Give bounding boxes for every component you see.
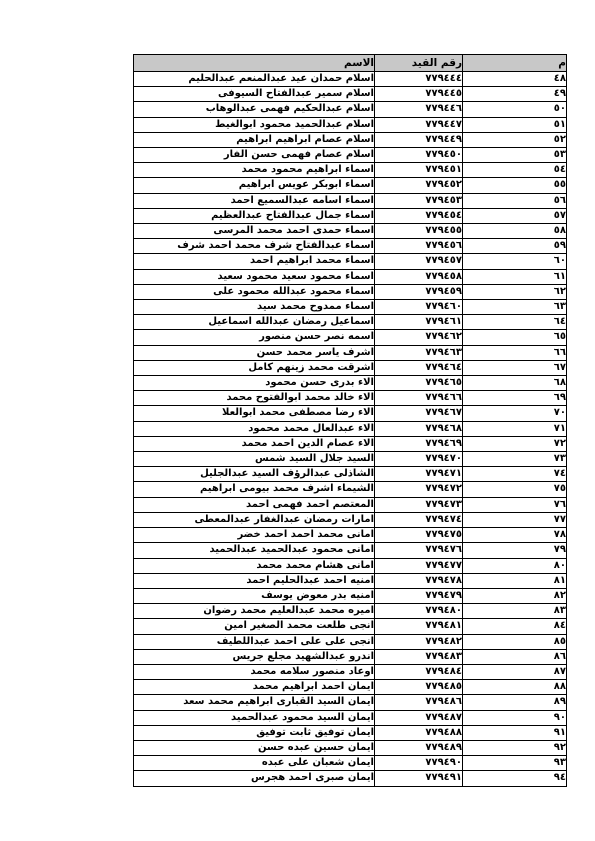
table-row: ٩٢٧٧٩٤٨٩ايمان حسين عبده حسن — [134, 740, 567, 755]
registration-cell: ٧٧٩٤٦٦ — [375, 391, 463, 406]
registration-cell: ٧٧٩٤٥٩ — [375, 284, 463, 299]
registration-cell: ٧٧٩٤٧٠ — [375, 452, 463, 467]
table-row: ٨٧٧٧٩٤٨٤اوعاد منصور سلامه محمد — [134, 664, 567, 679]
registration-cell: ٧٧٩٤٨٤ — [375, 664, 463, 679]
serial-cell: ٦٩ — [463, 391, 567, 406]
table-row: ٦٦٧٧٩٤٦٣اشرف ياسر محمد حسن — [134, 345, 567, 360]
serial-cell: ٧١ — [463, 421, 567, 436]
name-cell: الاء خالد محمد ابوالفتوح محمد — [134, 391, 375, 406]
serial-cell: ٦٨ — [463, 376, 567, 391]
registration-cell: ٧٧٩٤٤٥ — [375, 87, 463, 102]
table-row: ٧٨٧٧٩٤٧٥امانى محمد احمد احمد خضر — [134, 528, 567, 543]
name-cell: اوعاد منصور سلامه محمد — [134, 664, 375, 679]
header-student-name: الاسم — [134, 55, 375, 72]
registration-cell: ٧٧٩٤٧٩ — [375, 588, 463, 603]
table-body: ٤٨٧٧٩٤٤٤اسلام حمدان عيد عبدالمنعم عبدالح… — [134, 72, 567, 787]
name-cell: اسماء محمد ابراهيم احمد — [134, 254, 375, 269]
registration-cell: ٧٧٩٤٧٨ — [375, 573, 463, 588]
serial-cell: ٨٤ — [463, 619, 567, 634]
student-roster-table-container: م رقم القيد الاسم ٤٨٧٧٩٤٤٤اسلام حمدان عي… — [133, 54, 567, 787]
table-row: ٧٥٧٧٩٤٧٢الشيماء اشرف محمد بيومى ابراهيم — [134, 482, 567, 497]
table-row: ٨٣٧٧٩٤٨٠اميره محمد عبدالعليم محمد رضوان — [134, 604, 567, 619]
header-registration-number: رقم القيد — [375, 55, 463, 72]
serial-cell: ٨٥ — [463, 634, 567, 649]
registration-cell: ٧٧٩٤٥٣ — [375, 193, 463, 208]
name-cell: انجى طلعت محمد الصغير امين — [134, 619, 375, 634]
student-roster-table: م رقم القيد الاسم ٤٨٧٧٩٤٤٤اسلام حمدان عي… — [133, 54, 567, 787]
name-cell: اسلام سمير عبدالفتاح السيوفى — [134, 87, 375, 102]
name-cell: ايمان توفيق ثابت توفيق — [134, 725, 375, 740]
serial-cell: ٦٥ — [463, 330, 567, 345]
name-cell: اسلام عصام فهمى حسن الفار — [134, 148, 375, 163]
registration-cell: ٧٧٩٤٦٠ — [375, 300, 463, 315]
registration-cell: ٧٧٩٤٨٢ — [375, 634, 463, 649]
serial-cell: ٩٤ — [463, 771, 567, 786]
serial-cell: ٦٢ — [463, 284, 567, 299]
serial-cell: ٨٨ — [463, 680, 567, 695]
serial-cell: ٦٣ — [463, 300, 567, 315]
registration-cell: ٧٧٩٤٦٣ — [375, 345, 463, 360]
registration-cell: ٧٧٩٤٦٤ — [375, 360, 463, 375]
serial-cell: ٧٢ — [463, 436, 567, 451]
registration-cell: ٧٧٩٤٤٤ — [375, 72, 463, 87]
serial-cell: ٥٠ — [463, 102, 567, 117]
registration-cell: ٧٧٩٤٨٩ — [375, 740, 463, 755]
serial-cell: ٨١ — [463, 573, 567, 588]
registration-cell: ٧٧٩٤٨٥ — [375, 680, 463, 695]
table-row: ٦١٧٧٩٤٥٨اسماء محمود سعيد محمود سعيد — [134, 269, 567, 284]
serial-cell: ٥٥ — [463, 178, 567, 193]
name-cell: اسماء عبدالفتاح شرف محمد احمد شرف — [134, 239, 375, 254]
name-cell: اسلام عبدالحكيم فهمى عبدالوهاب — [134, 102, 375, 117]
registration-cell: ٧٧٩٤٧٧ — [375, 558, 463, 573]
name-cell: اسماء محمود عبدالله محمود على — [134, 284, 375, 299]
registration-cell: ٧٧٩٤٤٦ — [375, 102, 463, 117]
serial-cell: ٥١ — [463, 117, 567, 132]
registration-cell: ٧٧٩٤٦٧ — [375, 406, 463, 421]
name-cell: اسماء ابراهيم محمود محمد — [134, 163, 375, 178]
registration-cell: ٧٧٩٤٥١ — [375, 163, 463, 178]
name-cell: الاء رضا مصطفى محمد ابوالعلا — [134, 406, 375, 421]
name-cell: امانى محمود عبدالحميد عبدالحميد — [134, 543, 375, 558]
name-cell: ايمان شعبان على عبده — [134, 756, 375, 771]
serial-cell: ٧٣ — [463, 452, 567, 467]
name-cell: اميره محمد عبدالعليم محمد رضوان — [134, 604, 375, 619]
name-cell: امنيه بدر معوض يوسف — [134, 588, 375, 603]
table-row: ٦٨٧٧٩٤٦٥الاء بدرى حسن محمود — [134, 376, 567, 391]
serial-cell: ٧٦ — [463, 497, 567, 512]
registration-cell: ٧٧٩٤٦٨ — [375, 421, 463, 436]
name-cell: اشرقت محمد زينهم كامل — [134, 360, 375, 375]
name-cell: ايمان السيد محمود عبدالحميد — [134, 710, 375, 725]
serial-cell: ٦١ — [463, 269, 567, 284]
registration-cell: ٧٧٩٤٨٦ — [375, 695, 463, 710]
name-cell: امارات رمضان عبدالغفار عبدالمعطى — [134, 512, 375, 527]
table-header-row: م رقم القيد الاسم — [134, 55, 567, 72]
table-row: ٧٣٧٧٩٤٧٠السيد جلال السيد شمس — [134, 452, 567, 467]
table-row: ٦٣٧٧٩٤٦٠اسماء ممدوح محمد سيد — [134, 300, 567, 315]
registration-cell: ٧٧٩٤٥٤ — [375, 208, 463, 223]
table-row: ٨٤٧٧٩٤٨١انجى طلعت محمد الصغير امين — [134, 619, 567, 634]
registration-cell: ٧٧٩٤٥٦ — [375, 239, 463, 254]
registration-cell: ٧٧٩٤٧٤ — [375, 512, 463, 527]
registration-cell: ٧٧٩٤٤٧ — [375, 117, 463, 132]
serial-cell: ٥٩ — [463, 239, 567, 254]
serial-cell: ٩٢ — [463, 740, 567, 755]
name-cell: امانى هشام محمد محمد — [134, 558, 375, 573]
table-row: ٨١٧٧٩٤٧٨امنيه احمد عبدالحليم احمد — [134, 573, 567, 588]
table-row: ٥٢٧٧٩٤٤٩اسلام عصام ابراهيم ابراهيم — [134, 132, 567, 147]
serial-cell: ٨٧ — [463, 664, 567, 679]
table-row: ٧٠٧٧٩٤٦٧الاء رضا مصطفى محمد ابوالعلا — [134, 406, 567, 421]
table-row: ٤٩٧٧٩٤٤٥اسلام سمير عبدالفتاح السيوفى — [134, 87, 567, 102]
registration-cell: ٧٧٩٤٨٣ — [375, 649, 463, 664]
serial-cell: ٧٩ — [463, 543, 567, 558]
table-row: ٦٤٧٧٩٤٦١اسماعيل رمضان عبدالله اسماعيل — [134, 315, 567, 330]
table-row: ٧١٧٧٩٤٦٨الاء عبدالعال محمد محمود — [134, 421, 567, 436]
header-serial-number: م — [463, 55, 567, 72]
registration-cell: ٧٧٩٤٧١ — [375, 467, 463, 482]
registration-cell: ٧٧٩٤٧٢ — [375, 482, 463, 497]
registration-cell: ٧٧٩٤٥٢ — [375, 178, 463, 193]
table-row: ٥٤٧٧٩٤٥١اسماء ابراهيم محمود محمد — [134, 163, 567, 178]
serial-cell: ٦٤ — [463, 315, 567, 330]
registration-cell: ٧٧٩٤٥٧ — [375, 254, 463, 269]
serial-cell: ٧٧ — [463, 512, 567, 527]
name-cell: اسماعيل رمضان عبدالله اسماعيل — [134, 315, 375, 330]
table-row: ٥٥٧٧٩٤٥٢اسماء ابوبكر عويس ابراهيم — [134, 178, 567, 193]
table-row: ٧٦٧٧٩٤٧٣المعتصم احمد فهمى احمد — [134, 497, 567, 512]
registration-cell: ٧٧٩٤٦٩ — [375, 436, 463, 451]
name-cell: اسماء اسامه عبدالسميع احمد — [134, 193, 375, 208]
registration-cell: ٧٧٩٤٨٨ — [375, 725, 463, 740]
name-cell: امنيه احمد عبدالحليم احمد — [134, 573, 375, 588]
serial-cell: ٤٨ — [463, 72, 567, 87]
name-cell: اسماء جمال عبدالفتاح عبدالعظيم — [134, 208, 375, 223]
name-cell: اسماء محمود سعيد محمود سعيد — [134, 269, 375, 284]
name-cell: الشاذلى عبدالرؤف السيد عبدالجليل — [134, 467, 375, 482]
name-cell: اسلام عبدالحميد محمود ابوالغيط — [134, 117, 375, 132]
table-row: ٩١٧٧٩٤٨٨ايمان توفيق ثابت توفيق — [134, 725, 567, 740]
serial-cell: ٥٧ — [463, 208, 567, 223]
name-cell: المعتصم احمد فهمى احمد — [134, 497, 375, 512]
table-row: ٥١٧٧٩٤٤٧اسلام عبدالحميد محمود ابوالغيط — [134, 117, 567, 132]
registration-cell: ٧٧٩٤٥٥ — [375, 224, 463, 239]
name-cell: اسماء حمدى احمد محمد المرسى — [134, 224, 375, 239]
serial-cell: ٥٨ — [463, 224, 567, 239]
serial-cell: ٦٠ — [463, 254, 567, 269]
table-row: ٦٠٧٧٩٤٥٧اسماء محمد ابراهيم احمد — [134, 254, 567, 269]
registration-cell: ٧٧٩٤٧٦ — [375, 543, 463, 558]
registration-cell: ٧٧٩٤٧٥ — [375, 528, 463, 543]
serial-cell: ٦٧ — [463, 360, 567, 375]
table-row: ٨٢٧٧٩٤٧٩امنيه بدر معوض يوسف — [134, 588, 567, 603]
serial-cell: ٥٤ — [463, 163, 567, 178]
table-row: ٨٠٧٧٩٤٧٧امانى هشام محمد محمد — [134, 558, 567, 573]
name-cell: اندرو عبدالشهيد مجلع جريس — [134, 649, 375, 664]
name-cell: امانى محمد احمد احمد خضر — [134, 528, 375, 543]
registration-cell: ٧٧٩٤٩١ — [375, 771, 463, 786]
serial-cell: ٨٦ — [463, 649, 567, 664]
document-page: م رقم القيد الاسم ٤٨٧٧٩٤٤٤اسلام حمدان عي… — [0, 0, 595, 841]
serial-cell: ٨٣ — [463, 604, 567, 619]
registration-cell: ٧٧٩٤٨١ — [375, 619, 463, 634]
name-cell: اسماء ابوبكر عويس ابراهيم — [134, 178, 375, 193]
name-cell: ايمان السيد القبارى ابراهيم محمد سعد — [134, 695, 375, 710]
name-cell: الشيماء اشرف محمد بيومى ابراهيم — [134, 482, 375, 497]
name-cell: اسمه نصر حسن منصور — [134, 330, 375, 345]
registration-cell: ٧٧٩٤٨٠ — [375, 604, 463, 619]
serial-cell: ٧٠ — [463, 406, 567, 421]
table-row: ٥٩٧٧٩٤٥٦اسماء عبدالفتاح شرف محمد احمد شر… — [134, 239, 567, 254]
serial-cell: ٩١ — [463, 725, 567, 740]
name-cell: ايمان حسين عبده حسن — [134, 740, 375, 755]
name-cell: ايمان صبرى احمد هجرس — [134, 771, 375, 786]
name-cell: الاء بدرى حسن محمود — [134, 376, 375, 391]
registration-cell: ٧٧٩٤٤٩ — [375, 132, 463, 147]
serial-cell: ٩٣ — [463, 756, 567, 771]
name-cell: اسلام حمدان عيد عبدالمنعم عبدالحليم — [134, 72, 375, 87]
table-row: ٨٩٧٧٩٤٨٦ايمان السيد القبارى ابراهيم محمد… — [134, 695, 567, 710]
name-cell: اسلام عصام ابراهيم ابراهيم — [134, 132, 375, 147]
table-row: ٨٥٧٧٩٤٨٢انجى على على احمد عبداللطيف — [134, 634, 567, 649]
table-row: ٩٣٧٧٩٤٩٠ايمان شعبان على عبده — [134, 756, 567, 771]
serial-cell: ٥٦ — [463, 193, 567, 208]
table-row: ٧٢٧٧٩٤٦٩الاء عصام الدين احمد محمد — [134, 436, 567, 451]
registration-cell: ٧٧٩٤٨٧ — [375, 710, 463, 725]
table-row: ٥٣٧٧٩٤٥٠اسلام عصام فهمى حسن الفار — [134, 148, 567, 163]
table-row: ٦٢٧٧٩٤٥٩اسماء محمود عبدالله محمود على — [134, 284, 567, 299]
table-row: ٨٨٧٧٩٤٨٥ايمان احمد ابراهيم محمد — [134, 680, 567, 695]
name-cell: الاء عبدالعال محمد محمود — [134, 421, 375, 436]
table-row: ٩٤٧٧٩٤٩١ايمان صبرى احمد هجرس — [134, 771, 567, 786]
registration-cell: ٧٧٩٤٧٣ — [375, 497, 463, 512]
serial-cell: ٤٩ — [463, 87, 567, 102]
registration-cell: ٧٧٩٤٦١ — [375, 315, 463, 330]
table-row: ٦٥٧٧٩٤٦٢اسمه نصر حسن منصور — [134, 330, 567, 345]
registration-cell: ٧٧٩٤٥٨ — [375, 269, 463, 284]
registration-cell: ٧٧٩٤٩٠ — [375, 756, 463, 771]
serial-cell: ٨٠ — [463, 558, 567, 573]
table-row: ٦٧٧٧٩٤٦٤اشرقت محمد زينهم كامل — [134, 360, 567, 375]
serial-cell: ٥٢ — [463, 132, 567, 147]
serial-cell: ٦٦ — [463, 345, 567, 360]
table-row: ٧٤٧٧٩٤٧١الشاذلى عبدالرؤف السيد عبدالجليل — [134, 467, 567, 482]
serial-cell: ٥٣ — [463, 148, 567, 163]
table-row: ٩٠٧٧٩٤٨٧ايمان السيد محمود عبدالحميد — [134, 710, 567, 725]
name-cell: اشرف ياسر محمد حسن — [134, 345, 375, 360]
name-cell: السيد جلال السيد شمس — [134, 452, 375, 467]
table-row: ٥٠٧٧٩٤٤٦اسلام عبدالحكيم فهمى عبدالوهاب — [134, 102, 567, 117]
name-cell: ايمان احمد ابراهيم محمد — [134, 680, 375, 695]
registration-cell: ٧٧٩٤٦٥ — [375, 376, 463, 391]
table-row: ٨٦٧٧٩٤٨٣اندرو عبدالشهيد مجلع جريس — [134, 649, 567, 664]
table-row: ٧٧٧٧٩٤٧٤امارات رمضان عبدالغفار عبدالمعطى — [134, 512, 567, 527]
registration-cell: ٧٧٩٤٥٠ — [375, 148, 463, 163]
serial-cell: ٧٤ — [463, 467, 567, 482]
table-row: ٧٩٧٧٩٤٧٦امانى محمود عبدالحميد عبدالحميد — [134, 543, 567, 558]
serial-cell: ٧٨ — [463, 528, 567, 543]
table-row: ٦٩٧٧٩٤٦٦الاء خالد محمد ابوالفتوح محمد — [134, 391, 567, 406]
table-row: ٥٦٧٧٩٤٥٣اسماء اسامه عبدالسميع احمد — [134, 193, 567, 208]
serial-cell: ٧٥ — [463, 482, 567, 497]
table-row: ٤٨٧٧٩٤٤٤اسلام حمدان عيد عبدالمنعم عبدالح… — [134, 72, 567, 87]
serial-cell: ٨٢ — [463, 588, 567, 603]
name-cell: الاء عصام الدين احمد محمد — [134, 436, 375, 451]
registration-cell: ٧٧٩٤٦٢ — [375, 330, 463, 345]
name-cell: اسماء ممدوح محمد سيد — [134, 300, 375, 315]
serial-cell: ٩٠ — [463, 710, 567, 725]
name-cell: انجى على على احمد عبداللطيف — [134, 634, 375, 649]
table-row: ٥٨٧٧٩٤٥٥اسماء حمدى احمد محمد المرسى — [134, 224, 567, 239]
serial-cell: ٨٩ — [463, 695, 567, 710]
table-row: ٥٧٧٧٩٤٥٤اسماء جمال عبدالفتاح عبدالعظيم — [134, 208, 567, 223]
